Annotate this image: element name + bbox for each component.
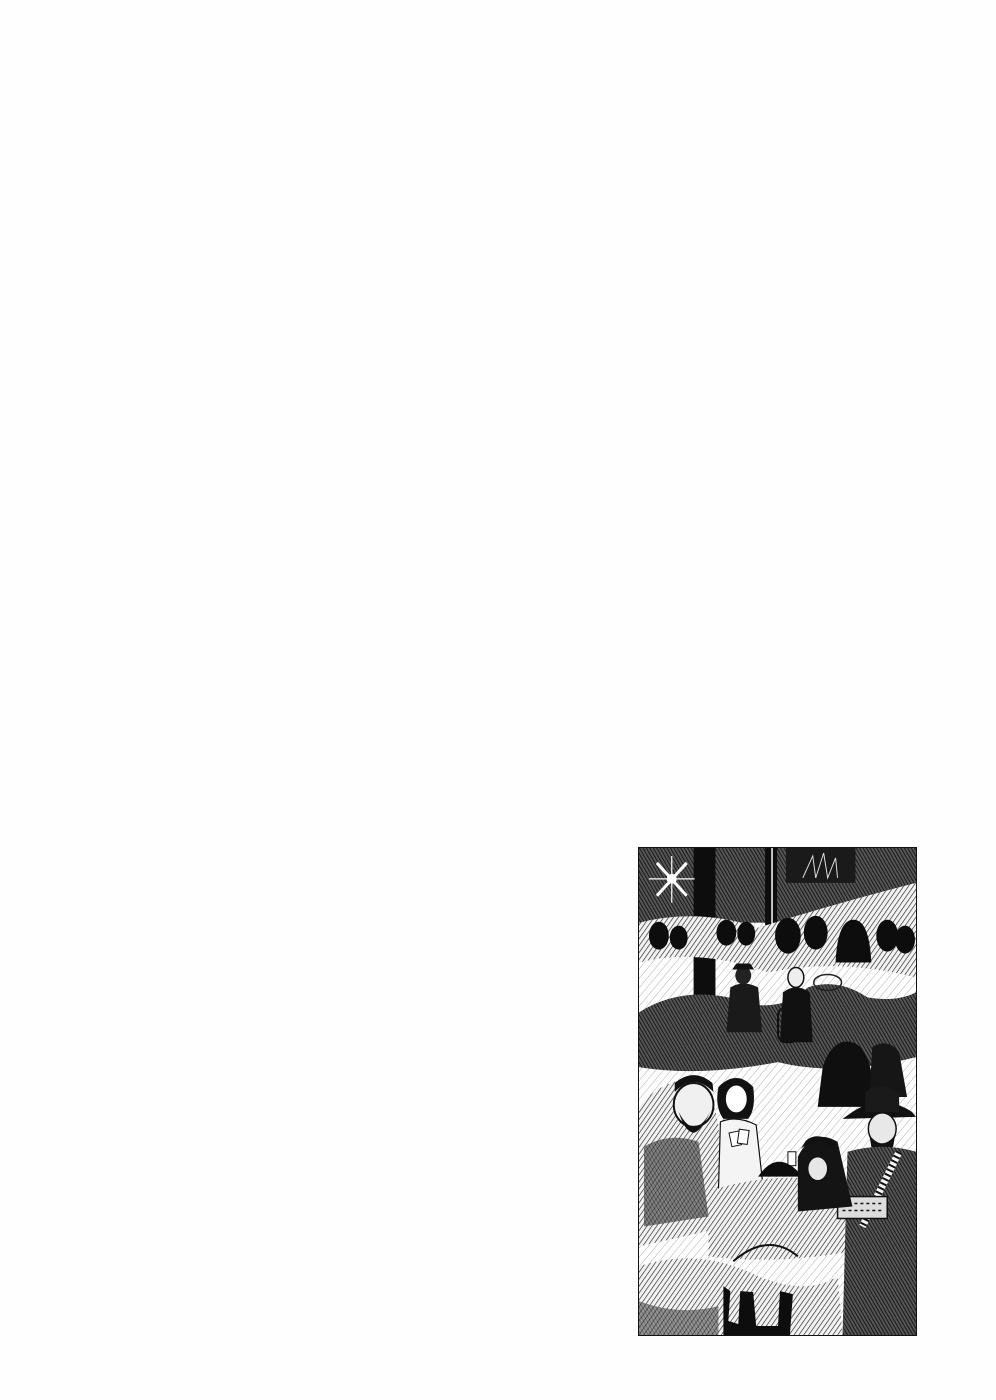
illustration-panel	[638, 847, 917, 1336]
comic-page	[0, 0, 996, 1400]
saloon-illustration	[639, 848, 916, 1335]
